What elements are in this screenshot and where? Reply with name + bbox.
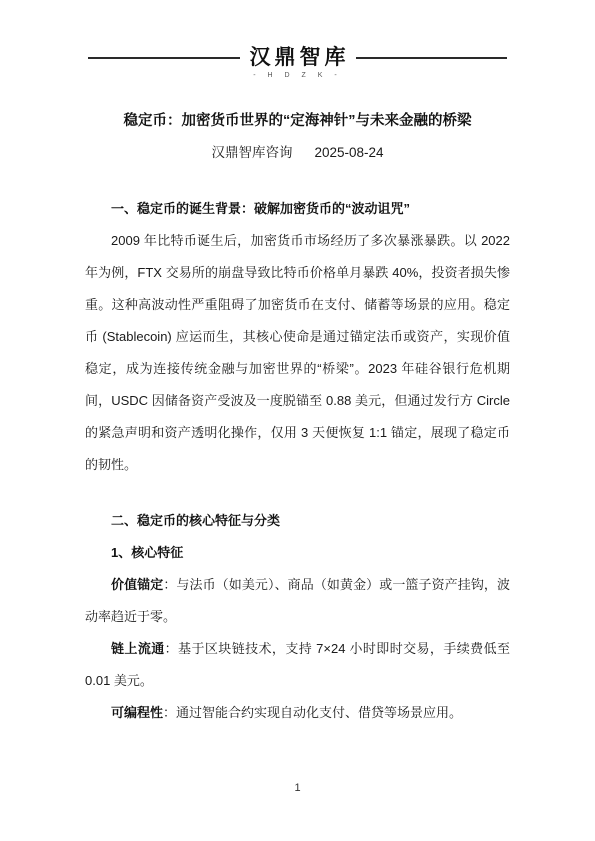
feature-item-programmability: 可编程性：通过智能合约实现自动化支付、借贷等场景应用。 xyxy=(85,697,510,729)
subsection-1-heading: 1、核心特征 xyxy=(85,537,510,569)
byline-date: 2025-08-24 xyxy=(314,145,383,160)
feature-text-programmability: ：通过智能合约实现自动化支付、借贷等场景应用。 xyxy=(163,705,462,720)
section-2-heading: 二、稳定币的核心特征与分类 xyxy=(85,505,510,537)
feature-label-value-anchor: 价值锚定 xyxy=(111,577,163,592)
brand-header: 汉鼎智库 - H D Z K - xyxy=(0,0,595,80)
logo-divider-right xyxy=(356,57,508,59)
brand-logo: 汉鼎智库 xyxy=(240,46,356,70)
feature-item-value-anchor: 价值锚定：与法币（如美元）、商品（如黄金）或一篮子资产挂钩，波动率趋近于零。 xyxy=(85,569,510,633)
page-number: 1 xyxy=(294,782,300,794)
feature-label-programmability: 可编程性 xyxy=(111,705,163,720)
document-page: 汉鼎智库 - H D Z K - 稳定币：加密货币世界的“定海神针”与未来金融的… xyxy=(0,0,595,841)
byline-org: 汉鼎智库咨询 xyxy=(211,145,292,160)
document-body: 一、稳定币的诞生背景：破解加密货币的“波动诅咒” 2009 年比特币诞生后，加密… xyxy=(0,193,595,729)
feature-item-onchain-circulation: 链上流通：基于区块链技术，支持 7×24 小时即时交易，手续费低至 0.01 美… xyxy=(85,633,510,697)
byline: 汉鼎智库咨询2025-08-24 xyxy=(0,143,595,163)
document-title: 稳定币：加密货币世界的“定海神针”与未来金融的桥梁 xyxy=(60,110,535,132)
page-footer: 1 xyxy=(0,781,595,795)
section-1-heading: 一、稳定币的诞生背景：破解加密货币的“波动诅咒” xyxy=(85,193,510,225)
logo-divider-left xyxy=(88,57,240,59)
brand-subtext: - H D Z K - xyxy=(0,71,595,80)
feature-label-onchain-circulation: 链上流通 xyxy=(111,641,165,656)
logo-row: 汉鼎智库 xyxy=(88,46,507,70)
section-1-paragraph: 2009 年比特币诞生后，加密货币市场经历了多次暴涨暴跌。以 2022 年为例，… xyxy=(85,225,510,481)
